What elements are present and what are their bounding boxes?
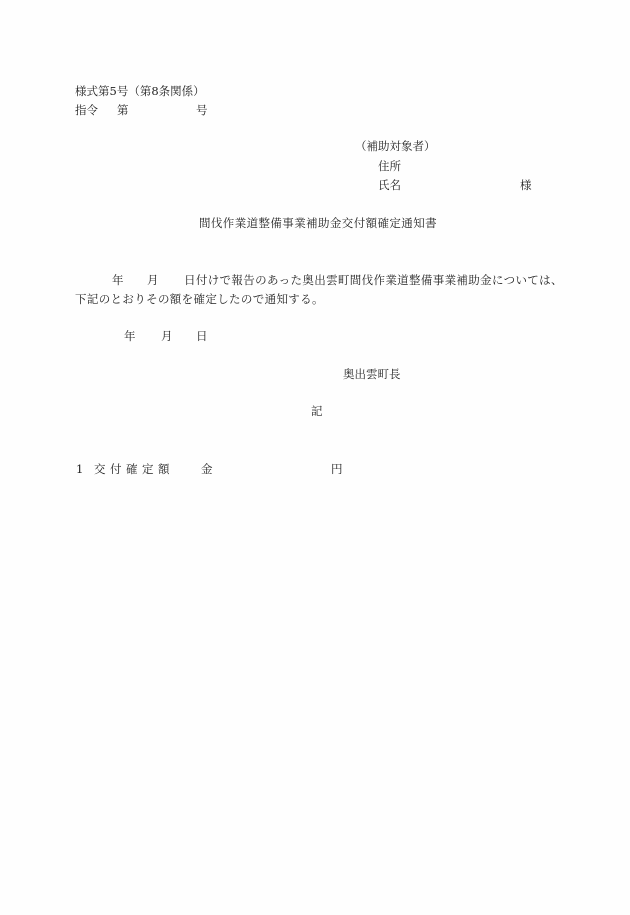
item1-yen: 円	[331, 464, 343, 476]
issue-date-month: 月	[161, 331, 173, 343]
ki-heading: 記	[311, 406, 323, 418]
item1-number: 1	[76, 464, 83, 476]
issue-date-year: 年	[124, 331, 136, 343]
recipient-name-label: 氏名	[378, 180, 401, 192]
body-date-year: 年	[112, 275, 124, 287]
directive-dai: 第	[117, 105, 129, 117]
item1-kin: 金	[201, 464, 213, 476]
document-title: 間伐作業道整備事業補助金交付額確定通知書	[199, 218, 437, 230]
recipient-heading: （補助対象者）	[355, 141, 436, 153]
form-label: 様式第5号（第8条関係）	[75, 86, 205, 98]
issuer: 奥出雲町長	[343, 369, 401, 381]
item1-label: 交付確定額	[94, 464, 174, 476]
body-date-month: 月	[147, 275, 159, 287]
recipient-honorific: 様	[520, 180, 532, 192]
recipient-address-label: 住所	[378, 161, 401, 173]
directive-go: 号	[196, 105, 208, 117]
issue-date-day: 日	[196, 331, 208, 343]
document-page: 様式第5号（第8条関係） 指令 第 号 （補助対象者） 住所 氏名 様 間伐作業…	[0, 0, 630, 915]
body-line1-rest: 日付けで報告のあった奥出雲町間伐作業道整備事業補助金については、	[184, 275, 563, 287]
body-line2: 下記のとおりその額を確定したので通知する。	[75, 294, 324, 306]
directive-prefix: 指令	[75, 105, 98, 117]
